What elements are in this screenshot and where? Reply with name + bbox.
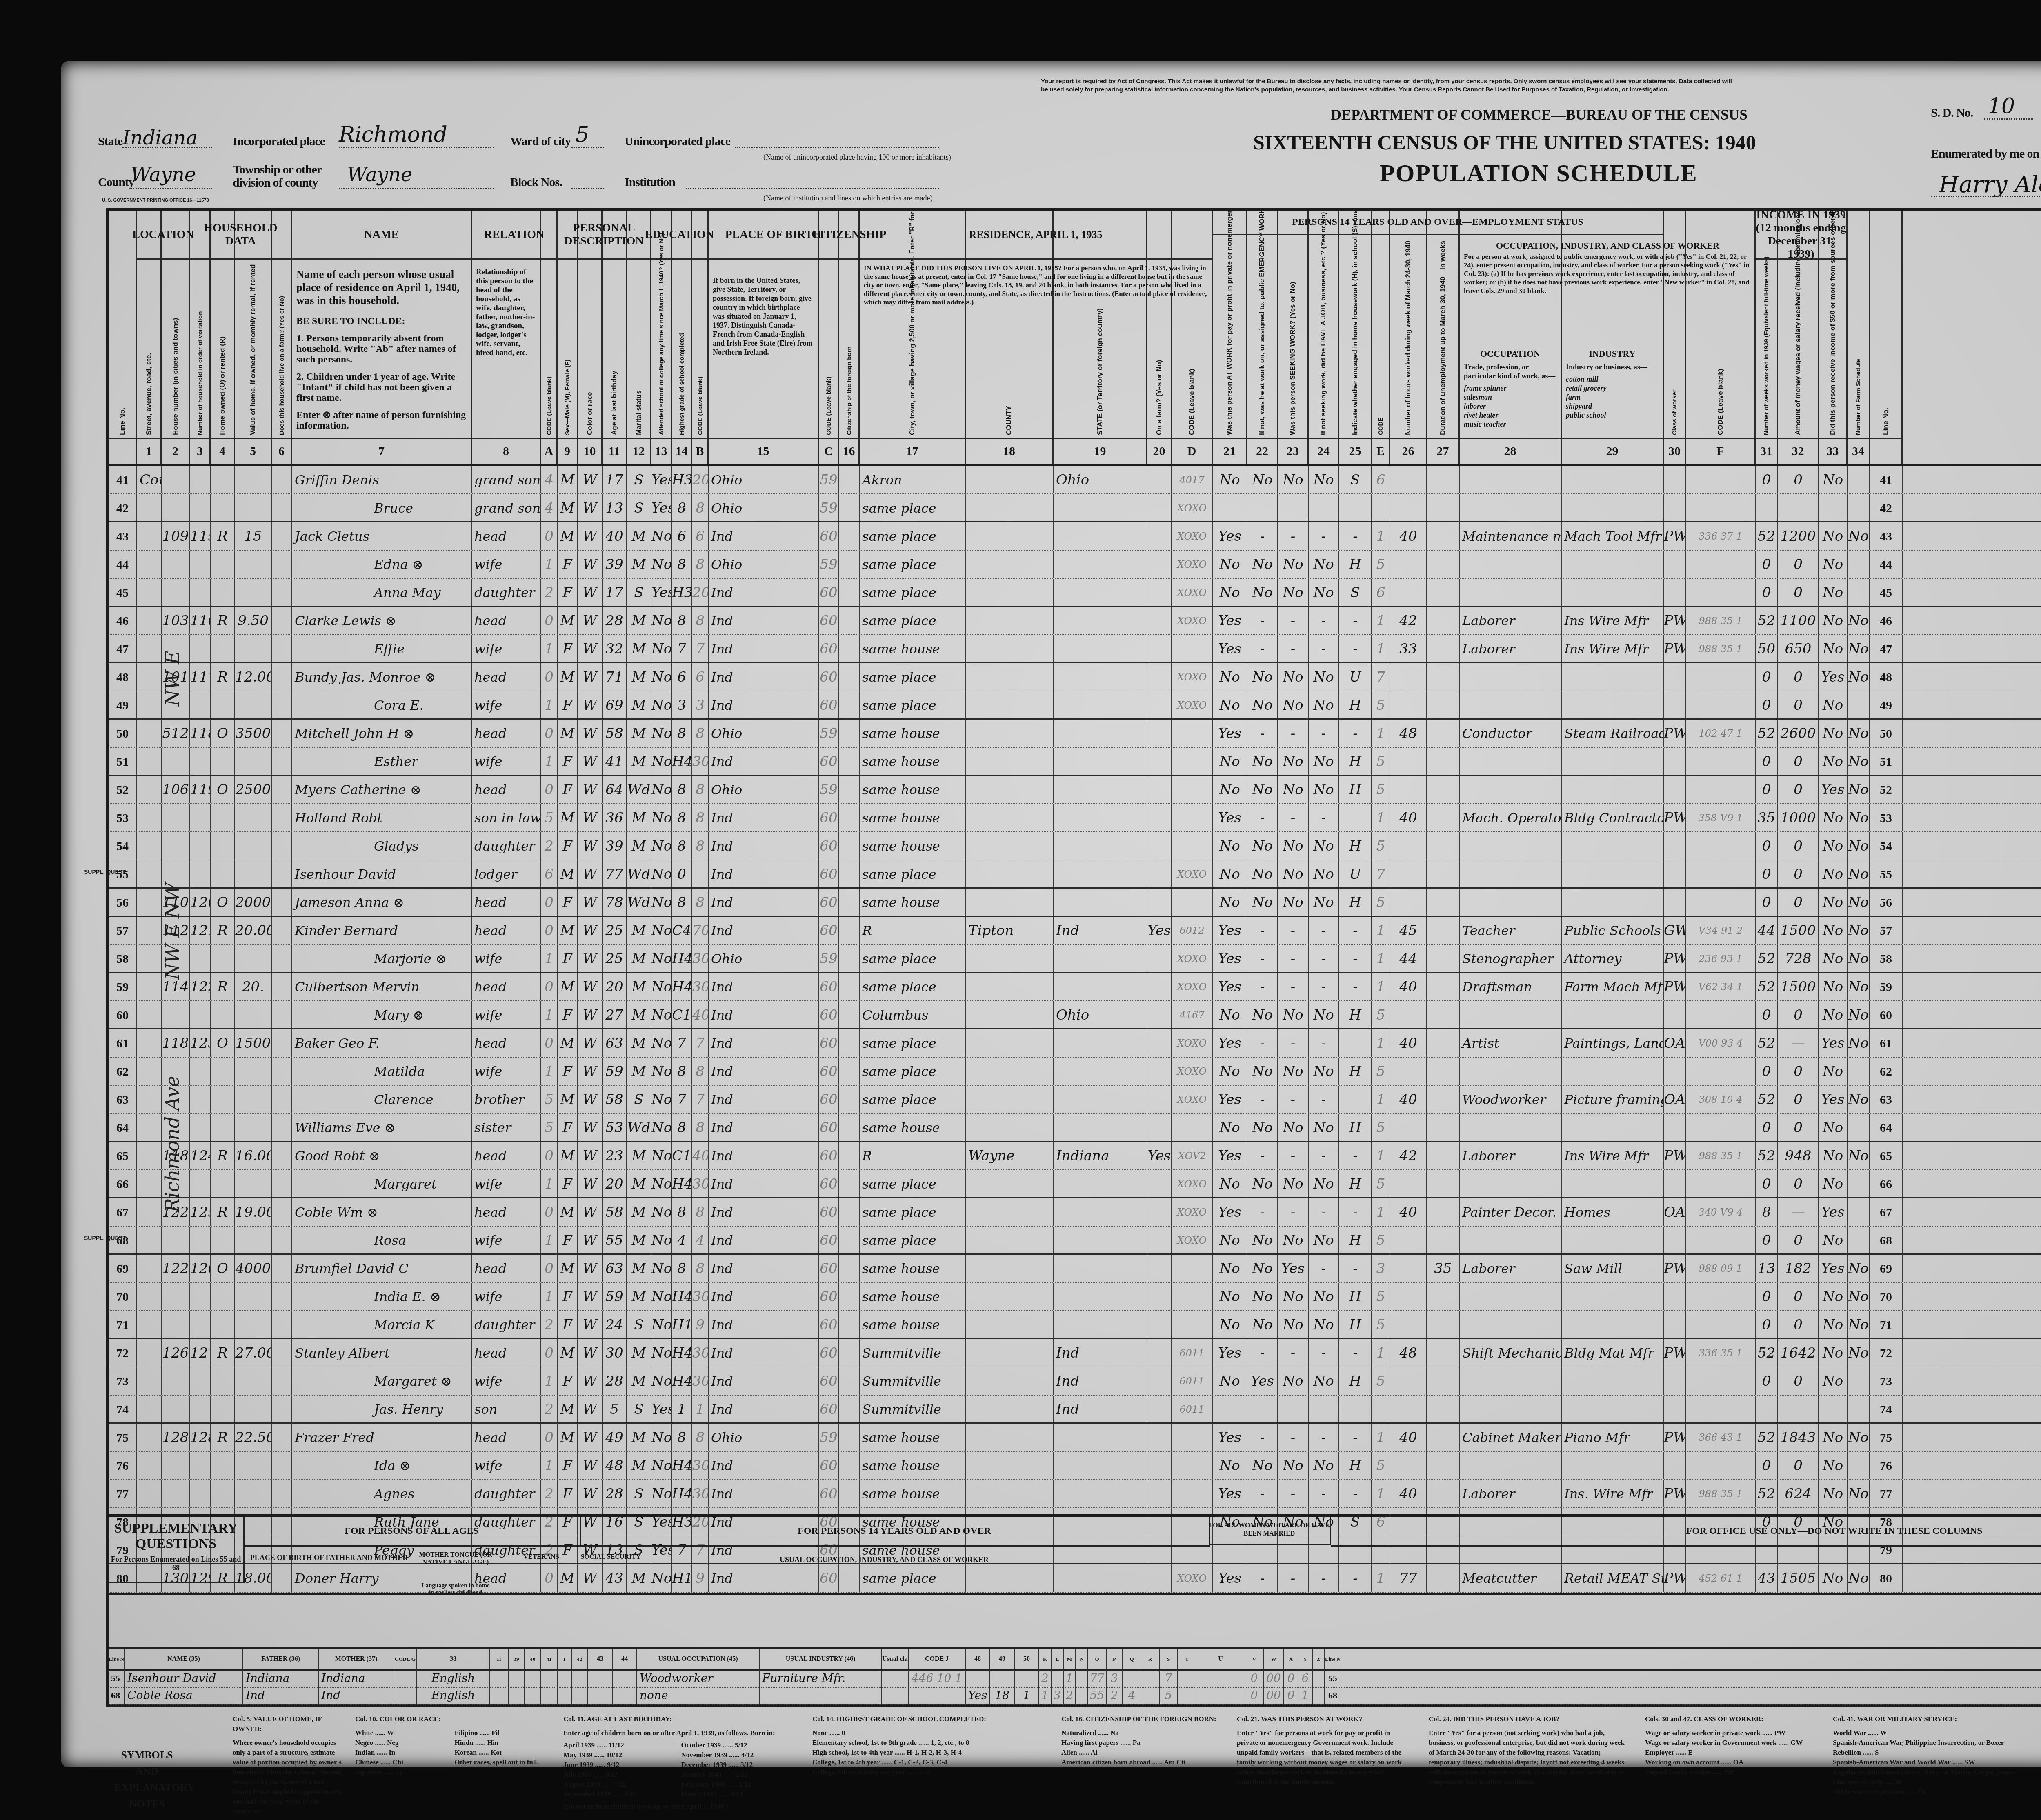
cell-rel: wife: [472, 945, 541, 972]
cell-sex: F: [558, 832, 578, 860]
supp-cell: [613, 1687, 637, 1704]
cell-c27: [1427, 1227, 1460, 1253]
cell-a: 0: [541, 663, 558, 691]
cell-a: 0: [541, 917, 558, 944]
supp-cell: [541, 1670, 558, 1687]
cell-birth: Ind: [709, 1029, 819, 1057]
cell-cit: [839, 1001, 860, 1028]
supp-column-numbers: Line No.NAME (35)FATHER (36)MOTHER (37)C…: [109, 1647, 2041, 1671]
cell-c34: No: [1848, 607, 1870, 634]
cell-race: W: [578, 1058, 603, 1085]
cell-house: [162, 494, 190, 521]
supp-cell: English: [417, 1670, 490, 1687]
cell-hh: 125: [190, 1198, 211, 1226]
cell-birth: Ohio: [709, 945, 819, 972]
cell-b: 9: [692, 1311, 709, 1338]
cell-c27: [1427, 889, 1460, 916]
cell-c: 60: [819, 1001, 839, 1028]
cell-a: 4: [541, 494, 558, 521]
cell-c22: No: [1247, 889, 1278, 916]
cell-a: 0: [541, 973, 558, 1000]
cell-value: 2000: [235, 889, 272, 916]
cell-c31: 0: [1756, 1283, 1778, 1310]
supp-cell: [525, 1670, 541, 1687]
cell-c27: [1427, 1311, 1460, 1338]
cell-c24: No: [1309, 1058, 1339, 1085]
cell-street: [137, 1029, 162, 1057]
cell-street: [137, 579, 162, 606]
cell-c32: 0: [1778, 551, 1819, 578]
cell-grade: 6: [672, 663, 692, 691]
cell-c31: 50: [1756, 635, 1778, 662]
cell-c27: 35: [1427, 1255, 1460, 1282]
cell-birth: Ind: [709, 1367, 819, 1395]
cell-rel: wife: [472, 691, 541, 718]
cell-c: 60: [819, 1142, 839, 1169]
cell-c21: No: [1213, 748, 1247, 775]
cell-sch: No: [651, 1170, 672, 1197]
line-number: 45: [1870, 579, 1903, 606]
cell-own: [211, 1311, 235, 1338]
cell-street: [137, 1424, 162, 1451]
cell-c: 60: [819, 748, 839, 775]
cell-value: 4000: [235, 1255, 272, 1282]
cell-value: 22.50: [235, 1424, 272, 1451]
table-row: 77Agnesdaughter2FW28SNoH430Ind60same hou…: [109, 1480, 2041, 1508]
cell-res_county: [966, 1170, 1054, 1197]
line-number: 46: [1870, 607, 1903, 634]
cell-c27: [1427, 776, 1460, 803]
cell-rel: daughter: [472, 832, 541, 860]
cell-grade: H4: [672, 945, 692, 972]
cell-occ: Maintenance man: [1460, 522, 1562, 550]
cell-c22: -: [1247, 635, 1278, 662]
cell-c27: [1427, 522, 1460, 550]
column-header-26: Number of hours worked during week of Ma…: [1390, 211, 1427, 464]
unincorporated-note: (Name of unincorporated place having 100…: [763, 153, 951, 162]
cell-c24: [1309, 1396, 1339, 1422]
cell-hh: 121: [190, 917, 211, 944]
cell-c25: -: [1339, 917, 1372, 944]
supp-cell: Woodworker: [637, 1670, 760, 1687]
cell-c: 59: [819, 776, 839, 803]
cell-ind: [1562, 832, 1664, 860]
cell-sch: No: [651, 663, 672, 691]
cell-d: [1172, 1480, 1213, 1507]
cell-c25: H: [1339, 1001, 1372, 1028]
cell-c34: No: [1848, 973, 1870, 1000]
cell-res_county: [966, 1339, 1054, 1367]
cell-street: [137, 1198, 162, 1226]
cell-birth: Ind: [709, 579, 819, 606]
cell-b: 8: [692, 776, 709, 803]
cell-ind: Bldg Mat Mfr: [1562, 1339, 1664, 1367]
cell-street: [137, 1255, 162, 1282]
table-row: 58Marjorie ⊗wife1FW25MNoH430Ohio59same p…: [109, 945, 2041, 973]
printing-office: U. S. GOVERNMENT PRINTING OFFICE 16—1157…: [102, 198, 209, 203]
incorporated-label: Incorporated place: [233, 135, 325, 149]
cell-sex: F: [558, 1283, 578, 1310]
cell-sch: No: [651, 889, 672, 916]
cell-value: [235, 1452, 272, 1479]
cell-a: 1: [541, 635, 558, 662]
line-number: 60: [109, 1001, 137, 1028]
confidentiality-notice: Your report is required by Act of Congre…: [1041, 78, 1735, 94]
cell-b: 8: [692, 720, 709, 747]
cell-grade: 8: [672, 889, 692, 916]
cell-cls: OA: [1664, 1029, 1686, 1057]
supp-social-security: SOCIAL SECURITY: [578, 1553, 643, 1561]
cell-f: [1686, 551, 1756, 578]
cell-hh: 124: [190, 1142, 211, 1169]
cell-a: 2: [541, 1311, 558, 1338]
cell-ind: Bldg Contractor: [1562, 804, 1664, 831]
cell-race: W: [578, 1396, 603, 1422]
cell-res_farm: [1147, 1227, 1172, 1253]
line-number: 65: [1870, 1142, 1903, 1169]
cell-c22: -: [1247, 1424, 1278, 1451]
cell-b: 8: [692, 494, 709, 521]
cell-own: [211, 494, 235, 521]
cell-c25: H: [1339, 889, 1372, 916]
cell-res_county: [966, 1086, 1054, 1113]
cell-race: W: [578, 691, 603, 718]
cell-sch: No: [651, 1029, 672, 1057]
cell-rel: grand son: [472, 466, 541, 493]
cell-cit: [839, 860, 860, 887]
cell-sch: No: [651, 973, 672, 1000]
cell-occ: Teacher: [1460, 917, 1562, 944]
cell-c27: [1427, 860, 1460, 887]
cell-farm: [272, 1311, 292, 1338]
cell-street: [137, 635, 162, 662]
cell-age: 59: [603, 1283, 627, 1310]
cell-c22: No: [1247, 1170, 1278, 1197]
cell-c24: -: [1309, 1255, 1339, 1282]
cell-age: 69: [603, 691, 627, 718]
supp-header: P: [1107, 1649, 1123, 1669]
cell-street: [137, 776, 162, 803]
cell-cit: [839, 1255, 860, 1282]
cell-mar: M: [627, 973, 651, 1000]
supp-header: USUAL INDUSTRY (46): [760, 1649, 882, 1669]
line-number: 73: [1870, 1367, 1903, 1395]
cell-c25: -: [1339, 1198, 1372, 1226]
cell-sch: No: [651, 1227, 672, 1253]
cell-cit: [839, 1058, 860, 1085]
cell-ind: [1562, 1227, 1664, 1253]
cell-grade: 1: [672, 1396, 692, 1422]
cell-c26: 40: [1390, 1424, 1427, 1451]
cell-ind: Public Schools: [1562, 917, 1664, 944]
cell-occ: [1460, 776, 1562, 803]
cell-c21: No: [1213, 466, 1247, 493]
cell-street: [137, 1367, 162, 1395]
cell-street: [137, 748, 162, 775]
supp-subtitle: For Persons Enumerated on Lines 55 and 6…: [109, 1555, 243, 1572]
cell-c22: No: [1247, 466, 1278, 493]
cell-res_state: [1054, 804, 1147, 831]
line-number: 51: [1870, 748, 1903, 775]
cell-c: 60: [819, 860, 839, 887]
cell-res_state: [1054, 1114, 1147, 1141]
cell-rel: wife: [472, 1367, 541, 1395]
cell-c33: Yes: [1819, 663, 1848, 691]
cell-res_county: [966, 1255, 1054, 1282]
cell-res_farm: [1147, 889, 1172, 916]
cell-c31: 0: [1756, 832, 1778, 860]
cell-own: [211, 1227, 235, 1253]
line-number: 76: [109, 1452, 137, 1479]
cell-c32: 1843: [1778, 1424, 1819, 1451]
cell-c: 60: [819, 579, 839, 606]
cell-c32: 0: [1778, 466, 1819, 493]
cell-d: XOXO: [1172, 1086, 1213, 1113]
supp-header: Line No.: [109, 1649, 125, 1669]
cell-race: W: [578, 832, 603, 860]
cell-res_county: [966, 579, 1054, 606]
line-number: 53: [109, 804, 137, 831]
supplementary-questions: SUPPLEMENTARY QUESTIONS For Persons Enum…: [106, 1514, 2041, 1707]
supp-14-over: FOR PERSONS 14 YEARS OLD AND OVER: [580, 1517, 1210, 1547]
cell-age: 77: [603, 860, 627, 887]
cell-occ: [1460, 860, 1562, 887]
line-number: 77: [1870, 1480, 1903, 1507]
cell-b: 8: [692, 1255, 709, 1282]
cell-grade: H3: [672, 466, 692, 493]
enumerator-signature: Harry Alexander: [1939, 171, 2041, 198]
cell-c26: 48: [1390, 1339, 1427, 1367]
cell-birth: Ind: [709, 663, 819, 691]
cell-name: Good Robt ⊗: [292, 1142, 472, 1169]
cell-rel: head: [472, 973, 541, 1000]
line-number: 47: [1870, 635, 1903, 662]
cell-c27: [1427, 1396, 1460, 1422]
cell-value: 12.00: [235, 663, 272, 691]
column-header-21: Was this person AT WORK for pay or profi…: [1213, 211, 1247, 464]
cell-res_city: same house: [860, 1452, 966, 1479]
cell-rel: sister: [472, 1114, 541, 1141]
cell-race: W: [578, 889, 603, 916]
cell-res_city: same place: [860, 945, 966, 972]
cell-sex: F: [558, 1058, 578, 1085]
cell-e: 5: [1372, 1311, 1390, 1338]
supp-cell: [490, 1687, 509, 1704]
cell-ind: [1562, 860, 1664, 887]
cell-res_city: same house: [860, 1424, 966, 1451]
cell-cls: [1664, 1001, 1686, 1028]
cell-race: W: [578, 1029, 603, 1057]
cell-mar: M: [627, 1170, 651, 1197]
cell-e: 1: [1372, 1198, 1390, 1226]
cell-c34: [1848, 1396, 1870, 1422]
line-number: 44: [109, 551, 137, 578]
cell-birth: Ind: [709, 1283, 819, 1310]
cell-f: [1686, 860, 1756, 887]
cell-race: W: [578, 1452, 603, 1479]
township-value: Wayne: [347, 163, 412, 186]
cell-birth: Ind: [709, 1170, 819, 1197]
cell-e: 1: [1372, 1339, 1390, 1367]
cell-res_city: same house: [860, 1283, 966, 1310]
cell-c26: 33: [1390, 635, 1427, 662]
table-row: 72126127R27.00Stanley Alberthead0MW30MNo…: [109, 1339, 2041, 1367]
cell-c34: No: [1848, 635, 1870, 662]
cell-ind: [1562, 889, 1664, 916]
cell-c27: [1427, 1339, 1460, 1367]
cell-c32: 0: [1778, 579, 1819, 606]
cell-f: 340 V9 4: [1686, 1198, 1756, 1226]
cell-f: [1686, 1001, 1756, 1028]
supp-header: K: [1039, 1649, 1052, 1669]
cell-race: W: [578, 551, 603, 578]
cell-rel: grand son: [472, 494, 541, 521]
supp-header: U: [1196, 1649, 1245, 1669]
supp-cell: 4: [1123, 1687, 1141, 1704]
cell-c31: 8: [1756, 1198, 1778, 1226]
cell-c32: 1200: [1778, 522, 1819, 550]
cell-cls: [1664, 1283, 1686, 1310]
cell-res_farm: [1147, 945, 1172, 972]
cell-house: [162, 1001, 190, 1028]
supp-header: 41: [541, 1649, 558, 1669]
cell-c33: No: [1819, 889, 1848, 916]
cell-farm: [272, 1227, 292, 1253]
cell-name: Anna May: [292, 579, 472, 606]
cell-ind: Attorney: [1562, 945, 1664, 972]
cell-sex: F: [558, 579, 578, 606]
cell-c32: 0: [1778, 1170, 1819, 1197]
cell-c26: [1390, 889, 1427, 916]
cell-c22: No: [1247, 663, 1278, 691]
note-col16: Col. 16. CITIZENSHIP OF THE FOREIGN BORN…: [1061, 1714, 1216, 1767]
cell-c33: No: [1819, 945, 1848, 972]
supp-header: H: [490, 1649, 509, 1669]
cell-hh: [190, 1283, 211, 1310]
cell-name: Edna ⊗: [292, 551, 472, 578]
cell-ind: Ins. Wire Mfr: [1562, 1480, 1664, 1507]
cell-occ: [1460, 579, 1562, 606]
cell-ind: Paintings, Landscapes: [1562, 1029, 1664, 1057]
cell-c24: -: [1309, 973, 1339, 1000]
cell-mar: M: [627, 635, 651, 662]
cell-res_city: same place: [860, 1170, 966, 1197]
cell-c22: No: [1247, 860, 1278, 887]
institution-label: Institution: [625, 176, 675, 189]
cell-sch: No: [651, 720, 672, 747]
cell-c22: -: [1247, 607, 1278, 634]
cell-a: 4: [541, 466, 558, 493]
cell-b: 70: [692, 917, 709, 944]
cell-res_city: same house: [860, 804, 966, 831]
cell-c26: 40: [1390, 1086, 1427, 1113]
supp-usual-occ: USUAL OCCUPATION, INDUSTRY, AND CLASS OF…: [680, 1556, 1088, 1564]
cell-occ: [1460, 748, 1562, 775]
cell-f: 988 35 1: [1686, 1480, 1756, 1507]
cell-c24: No: [1309, 579, 1339, 606]
cell-c24: No: [1309, 860, 1339, 887]
cell-house: [162, 1452, 190, 1479]
cell-race: W: [578, 1086, 603, 1113]
cell-res_farm: [1147, 1424, 1172, 1451]
line-number: 56: [109, 889, 137, 916]
cell-own: R: [211, 973, 235, 1000]
cell-grade: 7: [672, 1029, 692, 1057]
cell-res_county: [966, 551, 1054, 578]
cell-race: W: [578, 1283, 603, 1310]
cell-c23: No: [1278, 1114, 1309, 1141]
supp-cell: 1: [1015, 1687, 1039, 1704]
cell-c33: No: [1819, 1480, 1848, 1507]
cell-race: W: [578, 748, 603, 775]
cell-res_county: [966, 720, 1054, 747]
cell-c33: No: [1819, 1283, 1848, 1310]
table-row: 61118123O1500Baker Geo F.head0MW63MNo77I…: [109, 1029, 2041, 1058]
cell-age: 25: [603, 945, 627, 972]
line-number: 73: [109, 1367, 137, 1395]
cell-c26: [1390, 1283, 1427, 1310]
cell-res_county: [966, 1198, 1054, 1226]
cell-mar: M: [627, 1142, 651, 1169]
cell-f: 308 10 4: [1686, 1086, 1756, 1113]
cell-c33: No: [1819, 1001, 1848, 1028]
cell-c32: 0: [1778, 1227, 1819, 1253]
cell-hh: 119: [190, 776, 211, 803]
cell-cit: [839, 691, 860, 718]
cell-sch: No: [651, 1255, 672, 1282]
cell-b: [692, 860, 709, 887]
cell-farm: [272, 663, 292, 691]
cell-grade: H3: [672, 579, 692, 606]
line-number: 75: [109, 1424, 137, 1451]
cell-e: 1: [1372, 1424, 1390, 1451]
cell-sex: M: [558, 1142, 578, 1169]
cell-rel: daughter: [472, 1480, 541, 1507]
cell-occ: [1460, 1452, 1562, 1479]
cell-res_farm: [1147, 1480, 1172, 1507]
cell-c23: No: [1278, 1058, 1309, 1085]
cell-farm: [272, 635, 292, 662]
cell-c24: -: [1309, 1029, 1339, 1057]
cell-farm: [272, 522, 292, 550]
cell-c34: No: [1848, 860, 1870, 887]
cell-ind: [1562, 1311, 1664, 1338]
cell-res_state: [1054, 1170, 1147, 1197]
cell-b: 8: [692, 1198, 709, 1226]
cell-c26: [1390, 1255, 1427, 1282]
cell-cit: [839, 889, 860, 916]
street-note-3: Richmond Ave: [161, 1076, 183, 1212]
cell-c22: No: [1247, 579, 1278, 606]
cell-c33: No: [1819, 579, 1848, 606]
cell-e: 1: [1372, 973, 1390, 1000]
cell-res_county: [966, 1424, 1054, 1451]
cell-mar: M: [627, 1198, 651, 1226]
street-note-1: NW E: [161, 651, 183, 706]
line-number: 58: [109, 945, 137, 972]
cell-c26: [1390, 663, 1427, 691]
cell-c34: No: [1848, 1255, 1870, 1282]
cell-c26: [1390, 551, 1427, 578]
cell-d: XOXO: [1172, 973, 1213, 1000]
cell-c25: H: [1339, 832, 1372, 860]
cell-hh: [190, 804, 211, 831]
cell-res_county: [966, 1029, 1054, 1057]
cell-farm: [272, 1367, 292, 1395]
cell-rel: head: [472, 1198, 541, 1226]
cell-c22: -: [1247, 1480, 1278, 1507]
cell-name: Margaret: [292, 1170, 472, 1197]
